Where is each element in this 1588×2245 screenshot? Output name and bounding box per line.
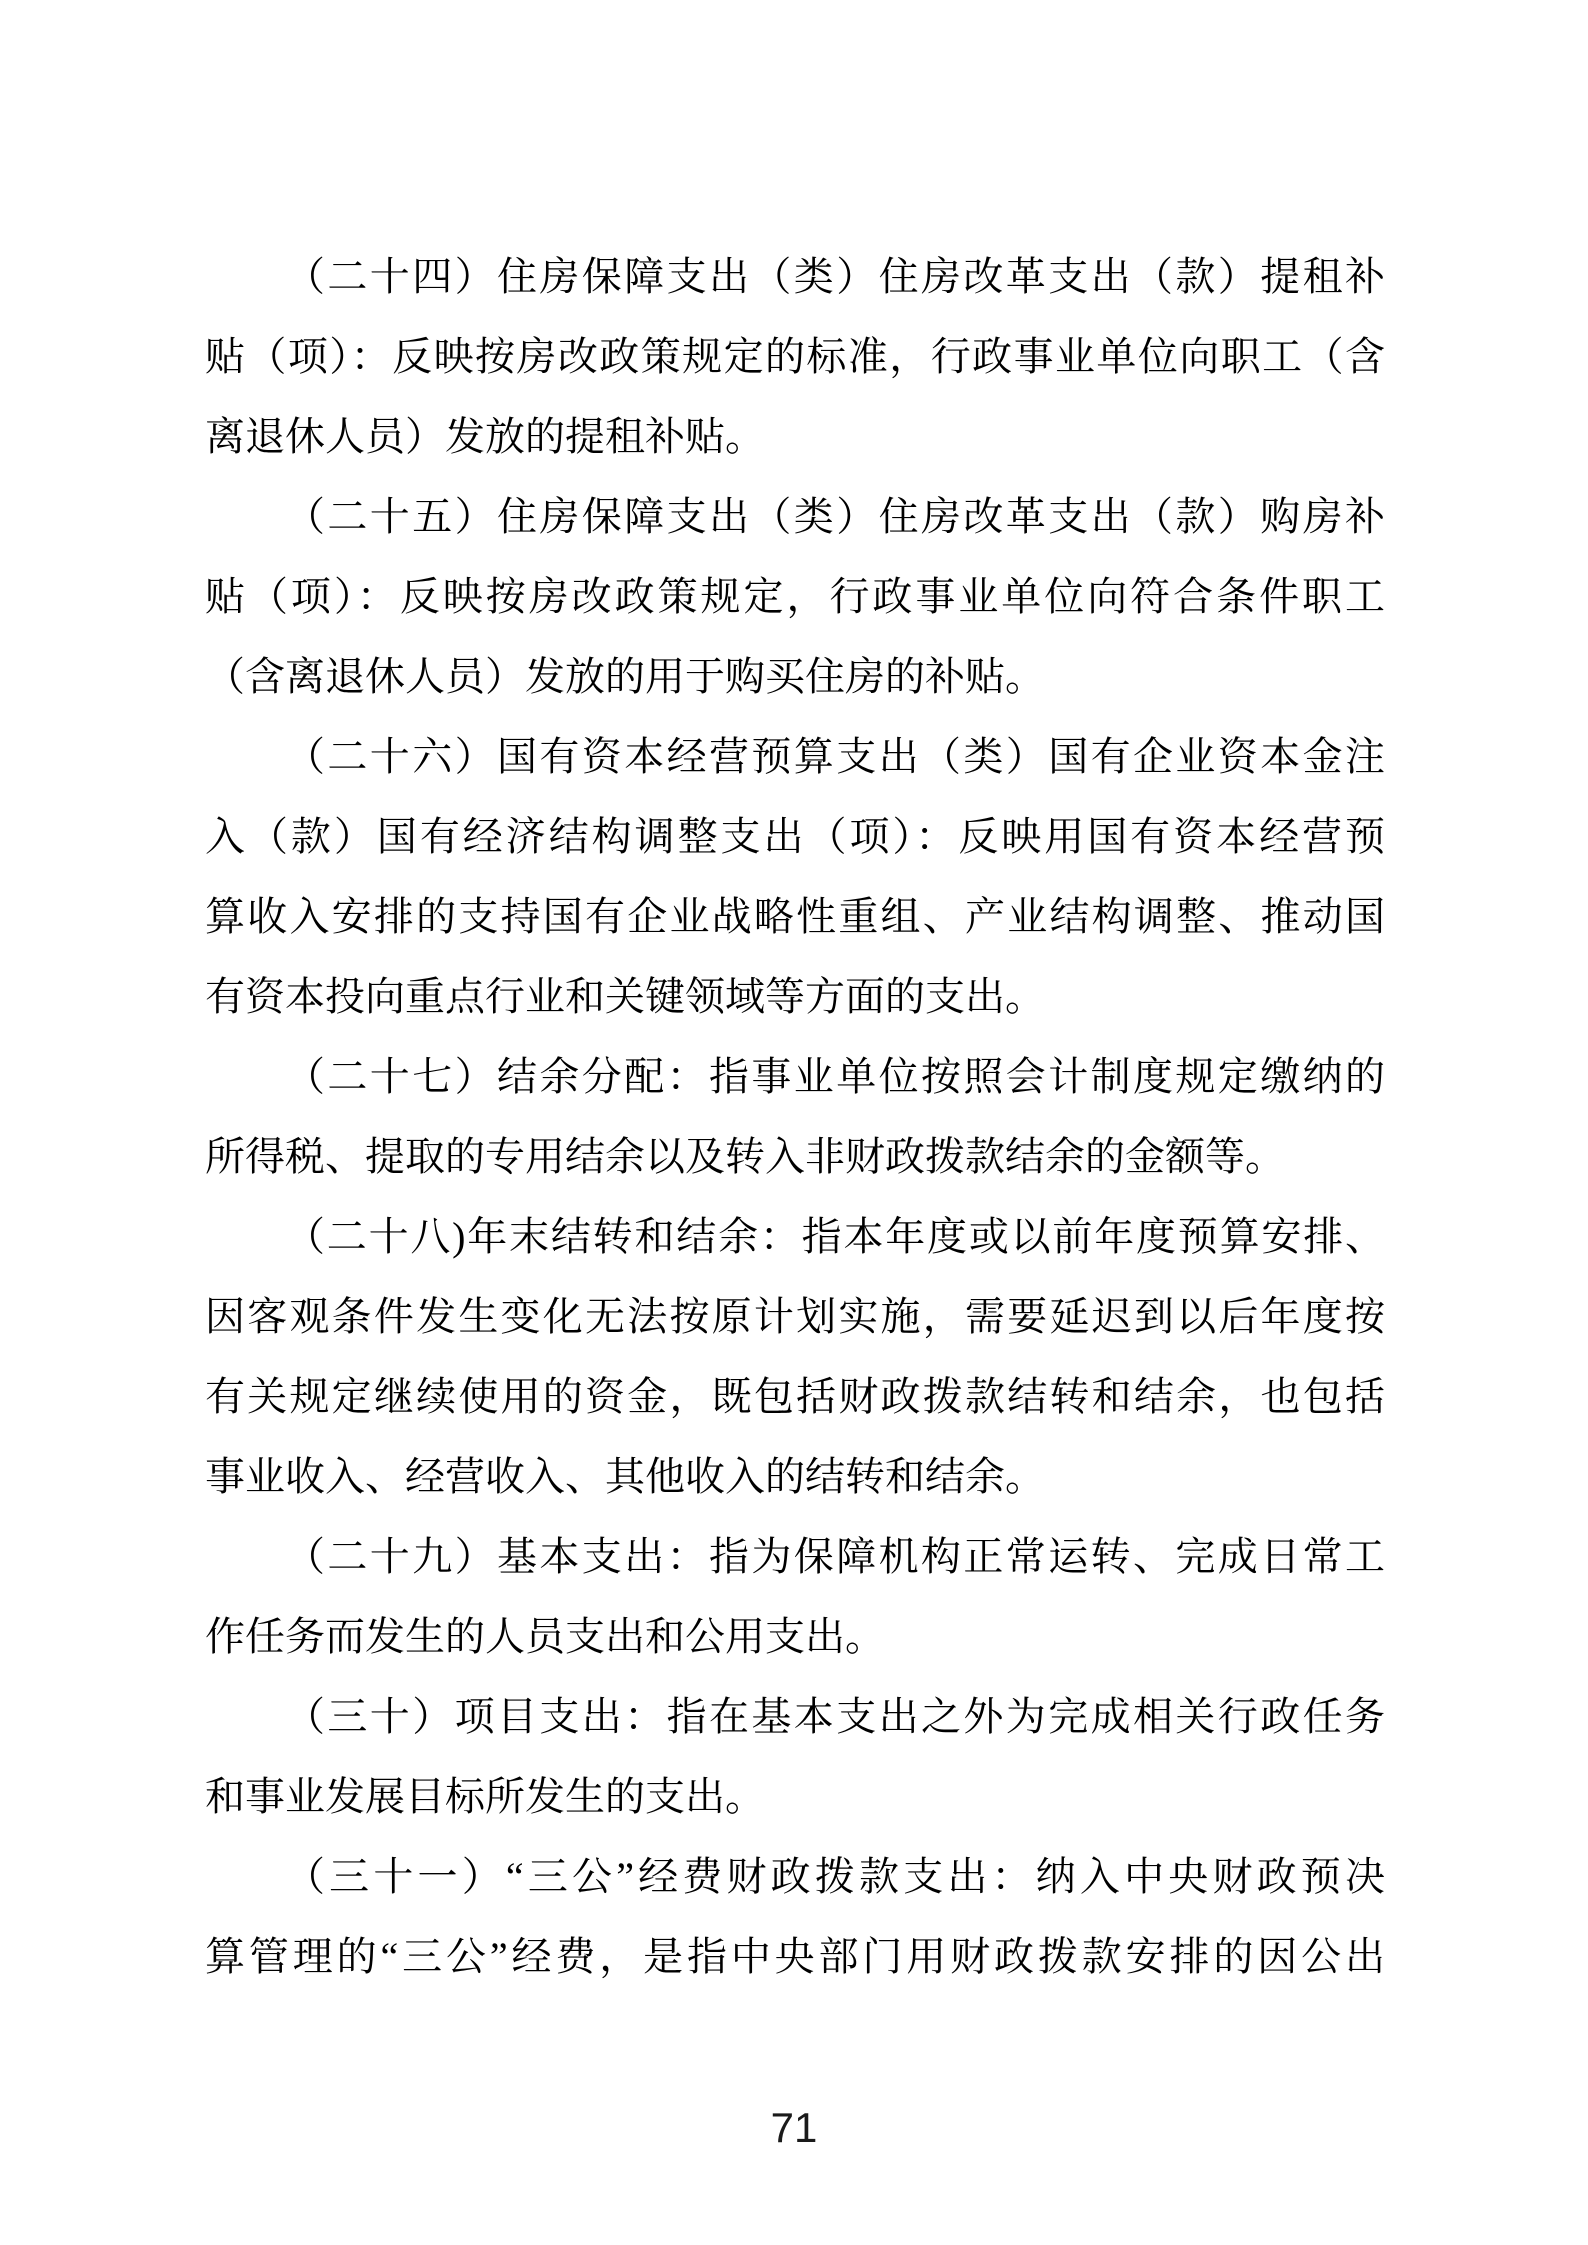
text-line: （二十五）住房保障支出（类）住房改革支出（款）购房补 — [205, 477, 1385, 557]
paragraph: （二十八)年末结转和结余：指本年度或以前年度预算安排、因客观条件发生变化无法按原… — [205, 1197, 1385, 1517]
text-line: 事业收入、经营收入、其他收入的结转和结余。 — [205, 1437, 1385, 1517]
text-line: 有资本投向重点行业和关键领域等方面的支出。 — [205, 957, 1385, 1037]
text-line: 所得税、提取的专用结余以及转入非财政拨款结余的金额等。 — [205, 1117, 1385, 1197]
text-line: 贴（项）：反映按房改政策规定的标准，行政事业单位向职工（含 — [205, 317, 1385, 397]
paragraph: （二十七）结余分配：指事业单位按照会计制度规定缴纳的所得税、提取的专用结余以及转… — [205, 1037, 1385, 1197]
text-line: （二十八)年末结转和结余：指本年度或以前年度预算安排、 — [205, 1197, 1385, 1277]
text-line: 有关规定继续使用的资金，既包括财政拨款结转和结余，也包括 — [205, 1357, 1385, 1437]
text-line: （三十）项目支出：指在基本支出之外为完成相关行政任务 — [205, 1677, 1385, 1757]
document-body: （二十四）住房保障支出（类）住房改革支出（款）提租补贴（项）：反映按房改政策规定… — [205, 237, 1385, 1997]
text-line: （二十九）基本支出：指为保障机构正常运转、完成日常工 — [205, 1517, 1385, 1597]
text-line: 入（款）国有经济结构调整支出（项）：反映用国有资本经营预 — [205, 797, 1385, 877]
text-line: （二十七）结余分配：指事业单位按照会计制度规定缴纳的 — [205, 1037, 1385, 1117]
text-line: 算管理的“三公”经费，是指中央部门用财政拨款安排的因公出 — [205, 1917, 1385, 1997]
text-line: 和事业发展目标所发生的支出。 — [205, 1757, 1385, 1837]
paragraph: （三十）项目支出：指在基本支出之外为完成相关行政任务和事业发展目标所发生的支出。 — [205, 1677, 1385, 1837]
paragraph: （三十一）“三公”经费财政拨款支出：纳入中央财政预决算管理的“三公”经费，是指中… — [205, 1837, 1385, 1997]
text-line: 因客观条件发生变化无法按原计划实施，需要延迟到以后年度按 — [205, 1277, 1385, 1357]
text-line: 作任务而发生的人员支出和公用支出。 — [205, 1597, 1385, 1677]
text-line: 算收入安排的支持国有企业战略性重组、产业结构调整、推动国 — [205, 877, 1385, 957]
paragraph: （二十九）基本支出：指为保障机构正常运转、完成日常工作任务而发生的人员支出和公用… — [205, 1517, 1385, 1677]
text-line: （三十一）“三公”经费财政拨款支出：纳入中央财政预决 — [205, 1837, 1385, 1917]
paragraph: （二十四）住房保障支出（类）住房改革支出（款）提租补贴（项）：反映按房改政策规定… — [205, 237, 1385, 477]
paragraph: （二十五）住房保障支出（类）住房改革支出（款）购房补贴（项）：反映按房改政策规定… — [205, 477, 1385, 717]
page-number: 71 — [0, 2088, 1588, 2168]
document-page: （二十四）住房保障支出（类）住房改革支出（款）提租补贴（项）：反映按房改政策规定… — [0, 0, 1588, 2245]
text-line: （二十六）国有资本经营预算支出（类）国有企业资本金注 — [205, 717, 1385, 797]
text-line: （二十四）住房保障支出（类）住房改革支出（款）提租补 — [205, 237, 1385, 317]
text-line: （含离退休人员）发放的用于购买住房的补贴。 — [205, 637, 1385, 717]
text-line: 贴（项）：反映按房改政策规定，行政事业单位向符合条件职工 — [205, 557, 1385, 637]
text-line: 离退休人员）发放的提租补贴。 — [205, 397, 1385, 477]
paragraph: （二十六）国有资本经营预算支出（类）国有企业资本金注入（款）国有经济结构调整支出… — [205, 717, 1385, 1037]
